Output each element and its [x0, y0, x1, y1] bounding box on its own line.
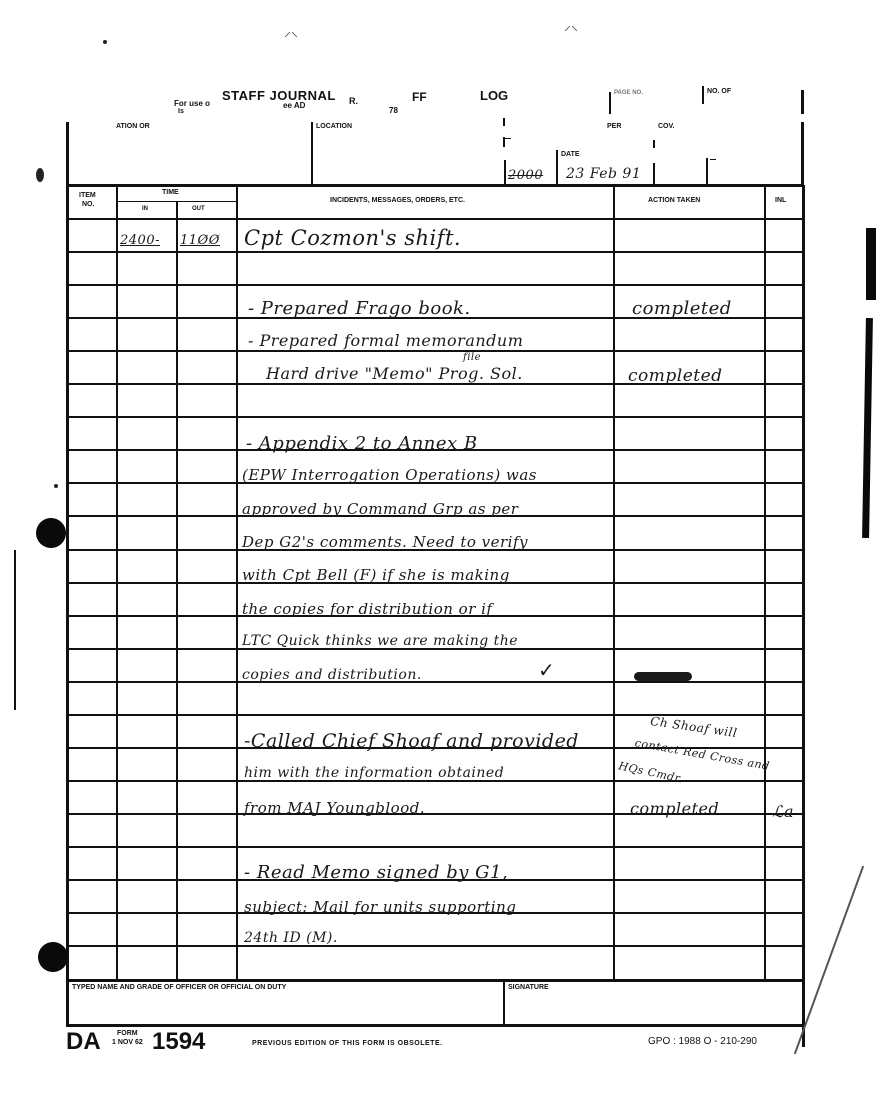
entry-2-action: completed: [632, 298, 732, 319]
scan-mark: ⸝⸜: [564, 16, 578, 35]
footer-bottom-border: [66, 1024, 804, 1027]
form-title-small: ee AD: [283, 101, 305, 110]
organization-label: ATION OR: [116, 123, 150, 130]
entry-4-text: Hard drive "Memo" Prog. Sol.: [266, 364, 523, 383]
footer-left-border: [66, 982, 69, 1027]
table-row-line: [68, 681, 804, 683]
col-header-no: NO.: [82, 201, 94, 208]
tick: [653, 140, 655, 148]
right-border-top: [801, 90, 804, 114]
entry-11-text: the copies for distribution or if: [242, 600, 493, 618]
no-of-divider: [702, 86, 704, 104]
date-label: DATE: [561, 151, 580, 158]
scan-edge-mark: [862, 318, 873, 538]
entry-15-text: -Called Chief Shoaf and provided: [244, 730, 579, 752]
scan-edge-line: [14, 550, 16, 710]
entry-13-text: copies and distribution.: [242, 667, 422, 683]
table-row-line: [68, 284, 804, 286]
checkmark-icon: ✓: [538, 658, 555, 683]
for-use-note-2: Is: [178, 108, 184, 115]
entry-12-text: LTC Quick thinks we are making the: [242, 633, 518, 649]
time-box-left: [504, 160, 506, 184]
table-row-line: [68, 714, 804, 716]
speck: [36, 168, 44, 182]
no-of-label: NO. OF: [707, 88, 731, 95]
entry-20-text: subject: Mail for units supporting: [244, 898, 516, 916]
col-header-item: ITEM: [79, 192, 96, 199]
table-row-line: [68, 350, 804, 352]
entry-19-text: - Read Memo signed by G1,: [244, 862, 508, 883]
col-header-out: OUT: [192, 206, 205, 212]
tick: [503, 138, 511, 139]
obsolete-notice: PREVIOUS EDITION OF THIS FORM IS OBSOLET…: [252, 1040, 443, 1047]
page-no-divider: [609, 92, 611, 114]
speck: [103, 40, 107, 44]
form-title-mid: R.: [349, 96, 358, 106]
entry-0-time-in: 2400-: [120, 233, 160, 248]
entry-7-text: (EPW Interrogation Operations) was: [242, 466, 537, 484]
page-no-label: PAGE NO.: [614, 90, 643, 96]
scan-mark: ⸝⸜: [284, 22, 298, 41]
speck: [54, 484, 58, 488]
typed-name-field[interactable]: [70, 996, 500, 1024]
form-number: 1594: [152, 1028, 205, 1056]
col-header-in: IN: [142, 206, 148, 212]
box-divider: [706, 158, 708, 184]
date-box-left: [556, 150, 558, 184]
entry-0-text: Cpt Cozmon's shift.: [244, 226, 461, 250]
scribbled-completed-mark: [634, 672, 692, 681]
form-word: FORM: [117, 1030, 138, 1037]
tick: [503, 118, 505, 126]
entry-17-action: completed: [630, 799, 719, 818]
period-label-2: COV.: [658, 123, 674, 130]
entry-17-text: from MAJ Youngblood.: [244, 799, 425, 817]
entry-4-annotation: file: [463, 352, 481, 363]
entry-9-text: Dep G2's comments. Need to verify: [242, 533, 528, 551]
table-row-line: [68, 218, 804, 220]
right-border-mid: [801, 122, 804, 184]
location-divider: [311, 122, 313, 184]
punch-hole-top: [36, 518, 66, 548]
table-row-line: [68, 416, 804, 418]
location-label: LOCATION: [316, 123, 352, 130]
entry-6-text: - Appendix 2 to Annex B: [246, 433, 478, 454]
table-row-line: [68, 846, 804, 848]
entry-3-text: - Prepared formal memorandum: [248, 331, 523, 350]
form-title-mid-2: 78: [389, 106, 398, 115]
entry-21-text: 24th ID (M).: [244, 930, 338, 946]
date-field[interactable]: 23 Feb 91: [566, 166, 641, 182]
form-title-log: LOG: [480, 88, 508, 103]
time-field[interactable]: 2000: [508, 168, 543, 183]
signature-field[interactable]: [507, 996, 799, 1024]
col-header-incidents: INCIDENTS, MESSAGES, ORDERS, ETC.: [330, 197, 465, 204]
form-prefix: DA: [66, 1028, 101, 1056]
col-header-time: TIME: [162, 189, 179, 196]
table-top-border: [66, 184, 804, 187]
col-header-inl: INL: [775, 197, 786, 204]
form-date: 1 NOV 62: [112, 1039, 143, 1046]
entry-4-action: completed: [628, 366, 723, 386]
table-row-line: [68, 945, 804, 947]
date-box-right: [653, 163, 655, 184]
table-bottom-border: [66, 979, 804, 982]
entry-10-text: with Cpt Bell (F) if she is making: [242, 566, 510, 584]
table-row-line: [68, 251, 804, 253]
for-use-note: For use o: [174, 99, 210, 108]
signature-divider: [503, 981, 505, 1025]
tick: [710, 159, 716, 160]
entry-15-action: Ch Shoaf will: [649, 714, 738, 740]
form-title-fragment-2: FF: [412, 90, 427, 104]
entry-16-text: him with the information obtained: [244, 765, 504, 781]
entry-0-time-out: 11ØØ: [180, 233, 220, 248]
scan-edge-mark: [866, 228, 876, 300]
col-header-action: ACTION TAKEN: [648, 197, 700, 204]
entry-17-initials: ℒa: [772, 802, 794, 821]
typed-name-label: TYPED NAME AND GRADE OF OFFICER OR OFFIC…: [72, 984, 286, 991]
punch-hole-bottom: [38, 942, 68, 972]
entry-2-text: - Prepared Frago book.: [248, 298, 471, 319]
gpo-code: GPO : 1988 O - 210-290: [648, 1036, 757, 1047]
entry-8-text: approved by Command Grp as per: [242, 500, 518, 518]
signature-label: SIGNATURE: [508, 984, 549, 991]
form-title-fragment: STAFF JOURNAL: [222, 88, 336, 103]
period-label: PER: [607, 123, 621, 130]
